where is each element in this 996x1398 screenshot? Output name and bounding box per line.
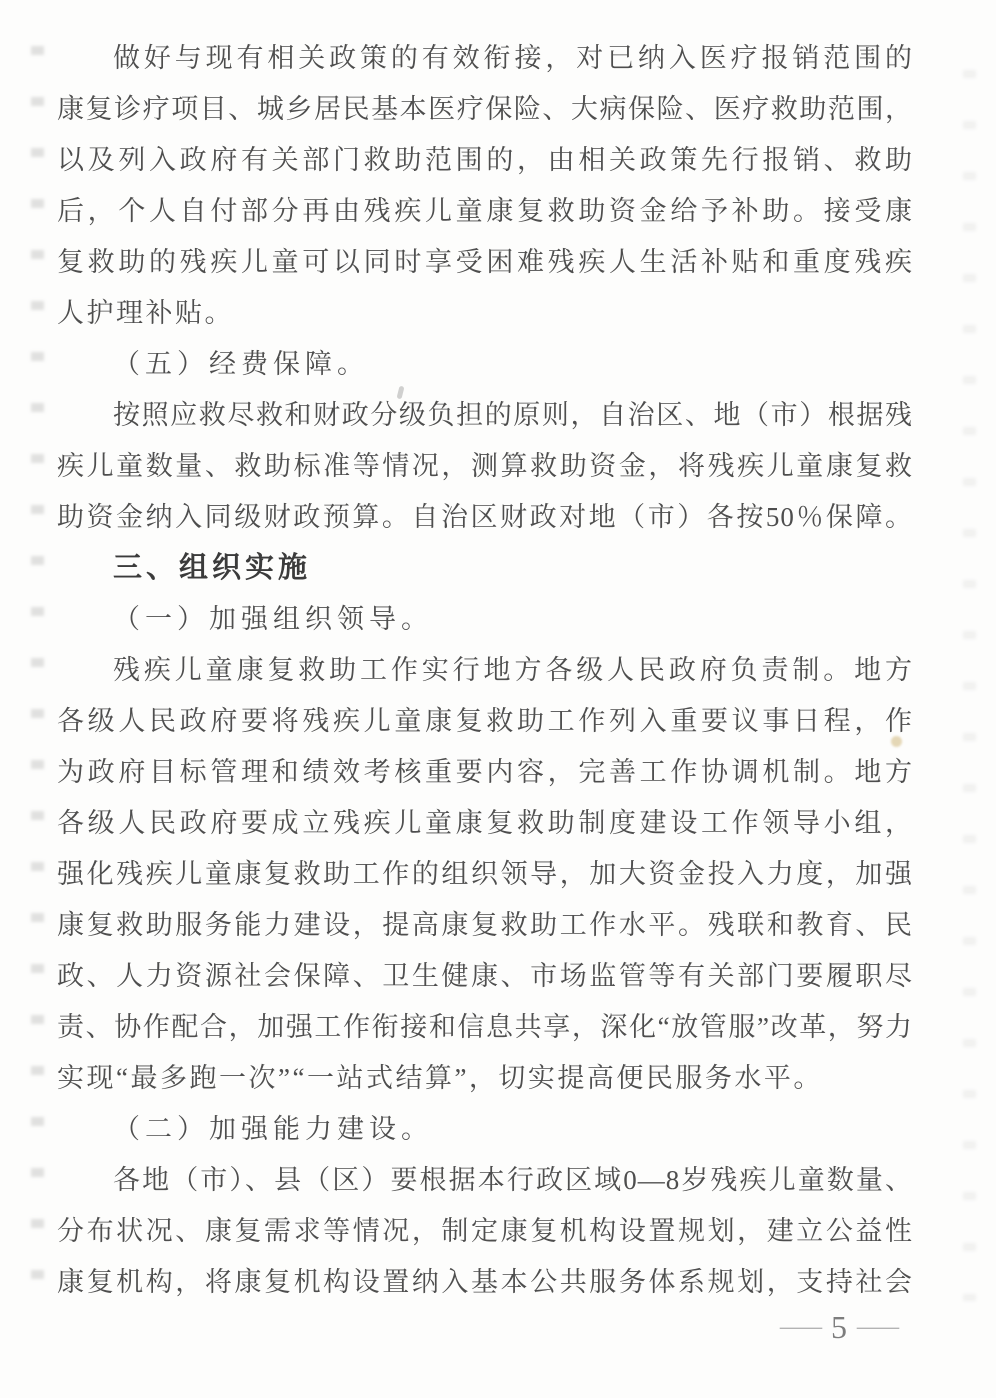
scan-bleed-artifacts-right bbox=[963, 46, 976, 1301]
text-line: 疾儿童数量、救助标准等情况，测算救助资金，将残疾儿童康复救 bbox=[57, 441, 913, 492]
text-line: 各级人民政府要将残疾儿童康复救助工作列入重要议事日程，作 bbox=[57, 696, 913, 747]
text-line: 做好与现有相关政策的有效衔接，对已纳入医疗报销范围的 bbox=[57, 33, 913, 84]
text-line: 各级人民政府要成立残疾儿童康复救助制度建设工作领导小组， bbox=[57, 798, 913, 849]
text-line: 残疾儿童康复救助工作实行地方各级人民政府负责制。地方 bbox=[57, 645, 913, 696]
text-line: 康复救助服务能力建设，提高康复救助工作水平。残联和教育、民 bbox=[57, 900, 913, 951]
subsection-heading: （五）经费保障。 bbox=[57, 339, 913, 390]
text-line: 康复机构，将康复机构设置纳入基本公共服务体系规划，支持社会 bbox=[57, 1257, 913, 1308]
text-line: 复救助的残疾儿童可以同时享受困难残疾人生活补贴和重度残疾 bbox=[57, 237, 913, 288]
paragraph: 按照应救尽救和财政分级负担的原则，自治区、地（市）根据残疾儿童数量、救助标准等情… bbox=[57, 390, 913, 543]
paragraph: 做好与现有相关政策的有效衔接，对已纳入医疗报销范围的康复诊疗项目、城乡居民基本医… bbox=[57, 33, 913, 339]
text-line: 助资金纳入同级财政预算。自治区财政对地（市）各按50％保障。 bbox=[57, 492, 913, 543]
subsection-heading: （一）加强组织领导。 bbox=[57, 594, 913, 645]
text-line: 三、组织实施 bbox=[57, 543, 913, 594]
text-line: 实现“最多跑一次”“一站式结算”，切实提高便民服务水平。 bbox=[57, 1053, 913, 1104]
text-line: 分布状况、康复需求等情况，制定康复机构设置规划，建立公益性 bbox=[57, 1206, 913, 1257]
footer-dash-right: — bbox=[857, 1303, 899, 1351]
text-line: （五）经费保障。 bbox=[57, 339, 913, 390]
text-line: 为政府目标管理和绩效考核重要内容，完善工作协调机制。地方 bbox=[57, 747, 913, 798]
paragraph: 各地（市）、县（区）要根据本行政区域0—8岁残疾儿童数量、分布状况、康复需求等情… bbox=[57, 1155, 913, 1308]
subsection-heading: （二）加强能力建设。 bbox=[57, 1104, 913, 1155]
text-line: 以及列入政府有关部门救助范围的，由相关政策先行报销、救助 bbox=[57, 135, 913, 186]
scanned-document-page: 做好与现有相关政策的有效衔接，对已纳入医疗报销范围的康复诊疗项目、城乡居民基本医… bbox=[0, 0, 996, 1398]
page-number: 5 bbox=[831, 1303, 848, 1351]
text-line: 按照应救尽救和财政分级负担的原则，自治区、地（市）根据残 bbox=[57, 390, 913, 441]
scan-bleed-artifacts-left bbox=[31, 46, 44, 1301]
text-line: 人护理补贴。 bbox=[57, 288, 913, 339]
document-body: 做好与现有相关政策的有效衔接，对已纳入医疗报销范围的康复诊疗项目、城乡居民基本医… bbox=[57, 33, 913, 1308]
text-line: 政、人力资源社会保障、卫生健康、市场监管等有关部门要履职尽 bbox=[57, 951, 913, 1002]
footer-dash-left: — bbox=[780, 1303, 822, 1351]
text-line: （一）加强组织领导。 bbox=[57, 594, 913, 645]
text-line: （二）加强能力建设。 bbox=[57, 1104, 913, 1155]
text-line: 康复诊疗项目、城乡居民基本医疗保险、大病保险、医疗救助范围， bbox=[57, 84, 913, 135]
text-line: 后，个人自付部分再由残疾儿童康复救助资金给予补助。接受康 bbox=[57, 186, 913, 237]
text-line: 各地（市）、县（区）要根据本行政区域0—8岁残疾儿童数量、 bbox=[57, 1155, 913, 1206]
page-footer: — 5 — bbox=[787, 1303, 892, 1351]
text-line: 责、协作配合，加强工作衔接和信息共享，深化“放管服”改革，努力 bbox=[57, 1002, 913, 1053]
paragraph: 残疾儿童康复救助工作实行地方各级人民政府负责制。地方各级人民政府要将残疾儿童康复… bbox=[57, 645, 913, 1104]
text-line: 强化残疾儿童康复救助工作的组织领导，加大资金投入力度，加强 bbox=[57, 849, 913, 900]
section-heading: 三、组织实施 bbox=[57, 543, 913, 594]
